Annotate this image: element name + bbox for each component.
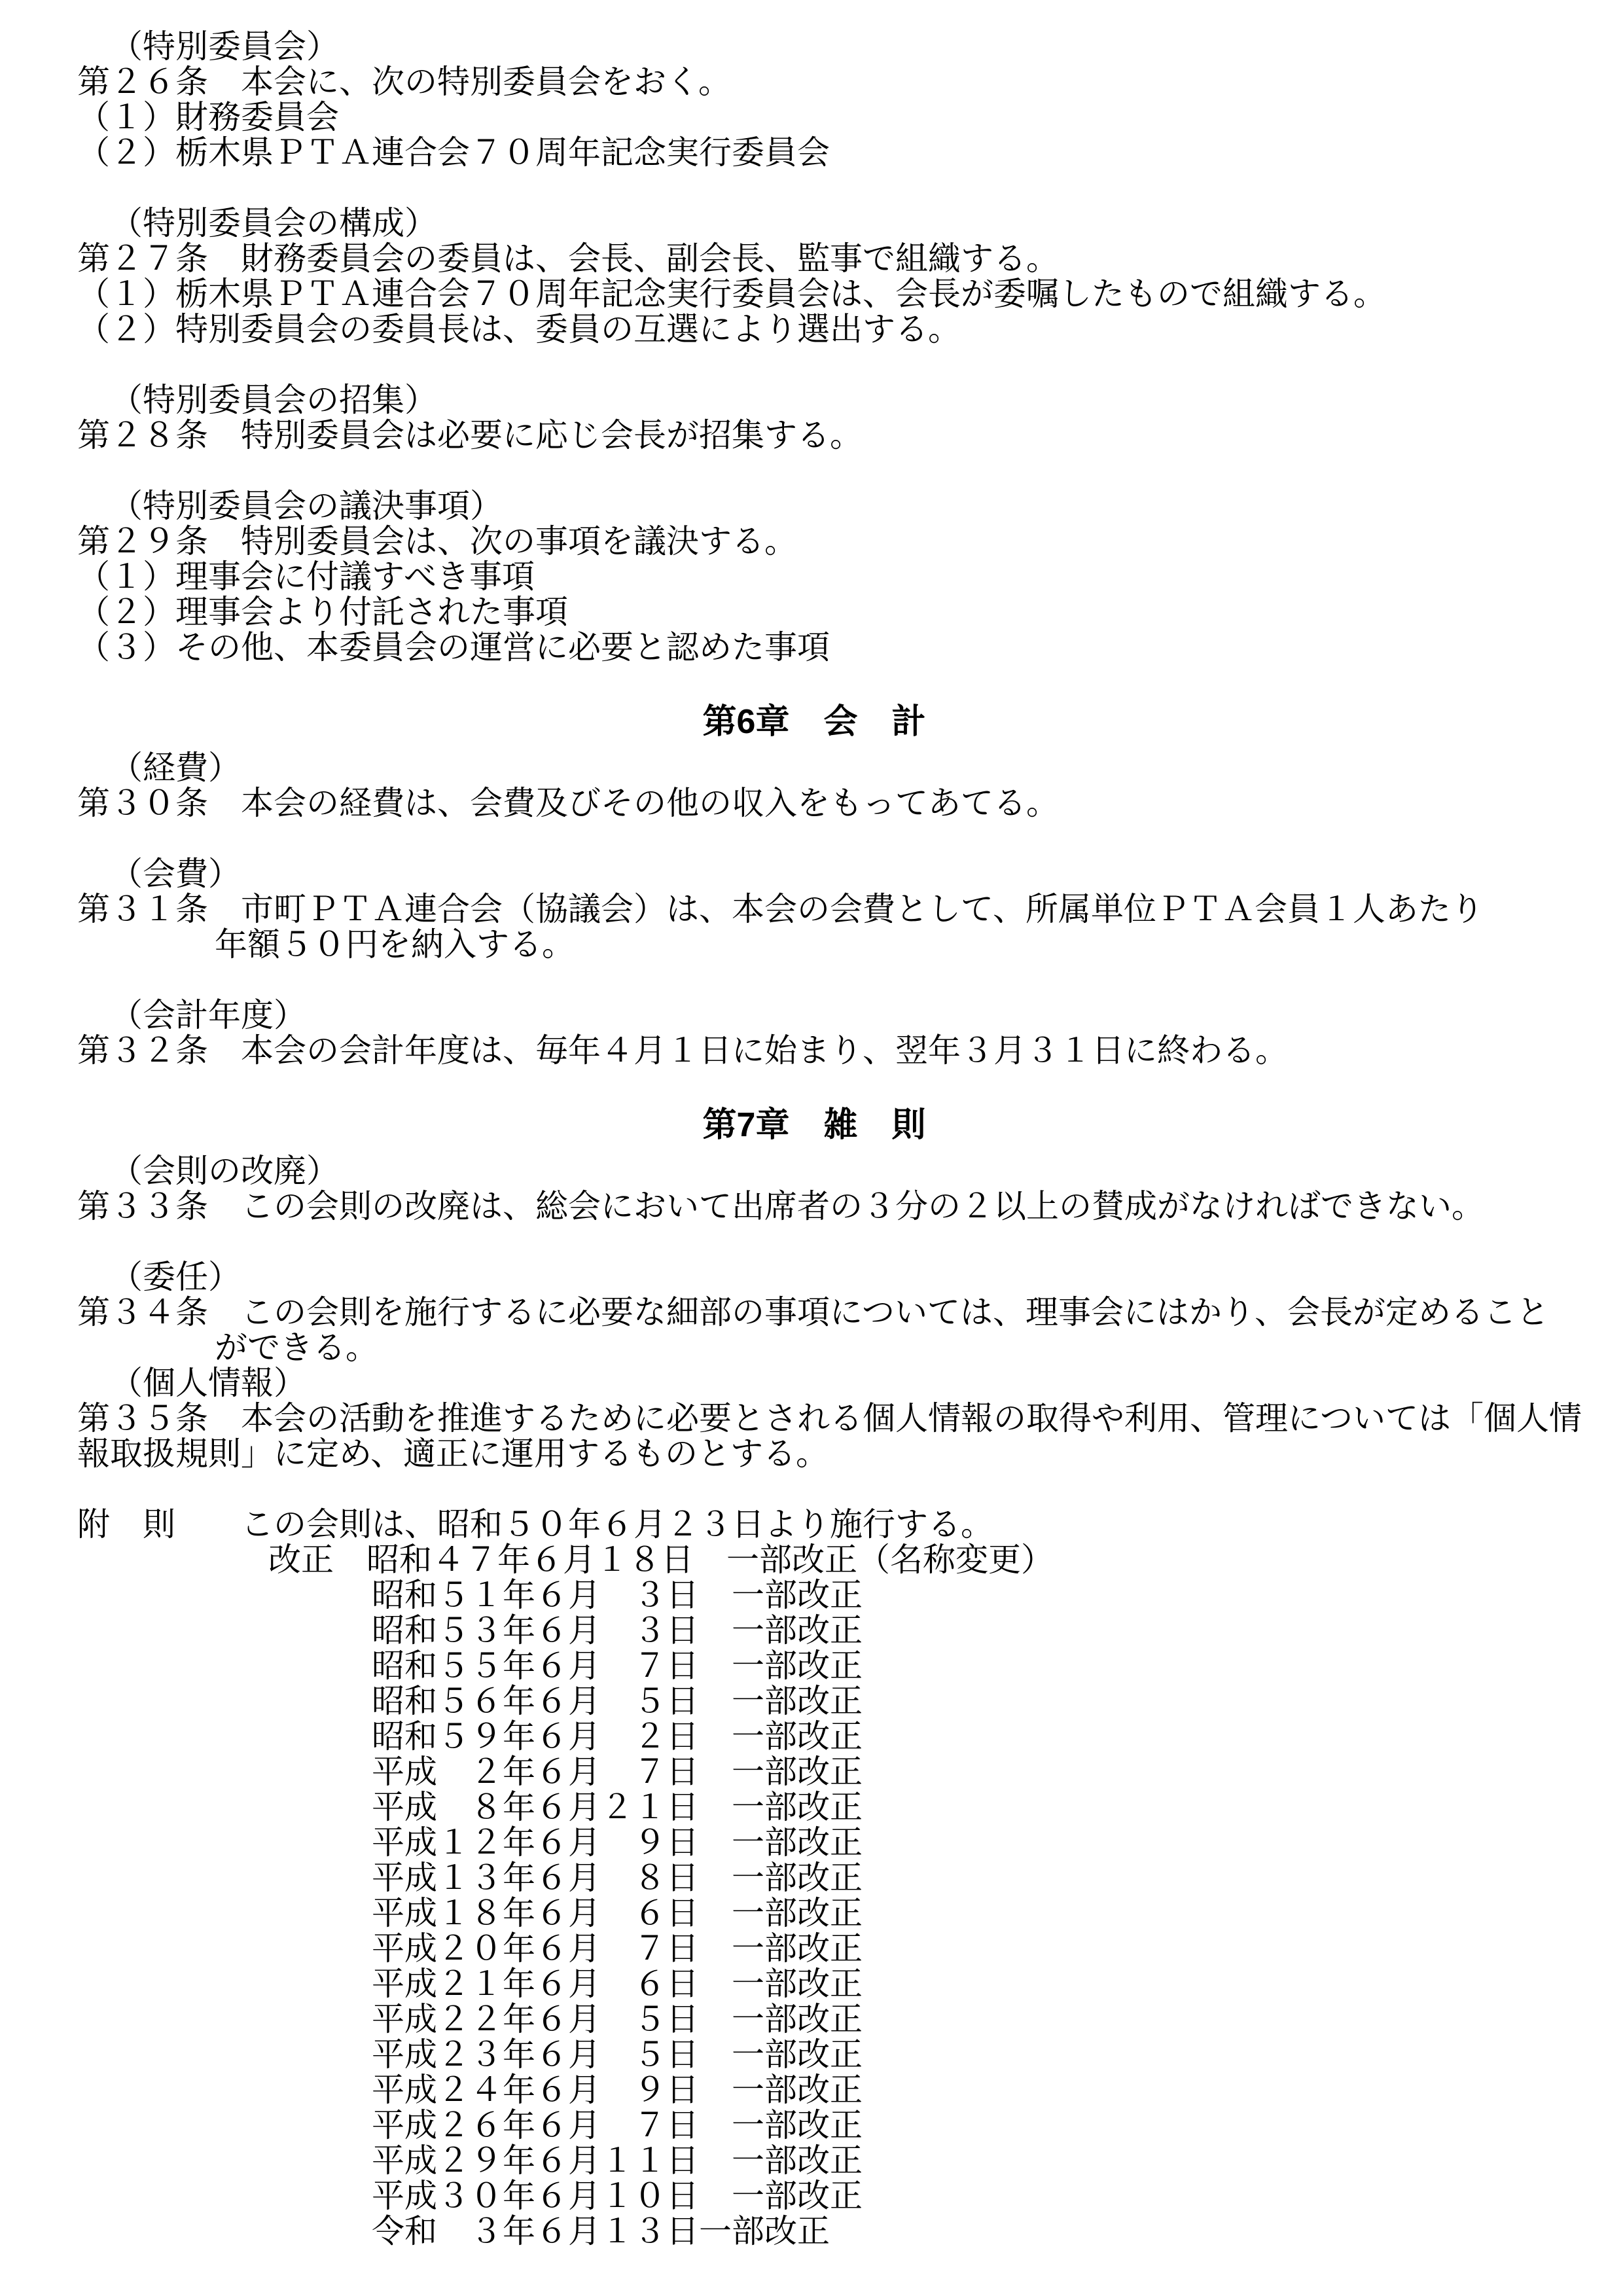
- article-line: 第２６条 本会に、次の特別委員会をおく。: [77, 64, 1551, 99]
- continuation-line: 年額５０円を納入する。: [77, 927, 1551, 962]
- section-label: （特別委員会）: [77, 29, 1551, 64]
- amendment-line: 平成２４年６月 ９日 一部改正: [77, 2072, 1551, 2108]
- section-label: （特別委員会の議決事項）: [77, 488, 1551, 524]
- amendment-line: 平成２９年６月１１日 一部改正: [77, 2143, 1551, 2178]
- article-line: 第２９条 特別委員会は、次の事項を議決する。: [77, 524, 1551, 559]
- section-label: （特別委員会の招集）: [77, 382, 1551, 418]
- amendment-line: 平成１２年６月 ９日 一部改正: [77, 1825, 1551, 1860]
- amendment-line: 昭和５９年６月 ２日 一部改正: [77, 1719, 1551, 1754]
- section-label: （個人情報）: [77, 1365, 1551, 1401]
- section-label: （会計年度）: [77, 997, 1551, 1033]
- article-line: 第２７条 財務委員会の委員は、会長、副会長、監事で組織する。: [77, 241, 1551, 276]
- article-line: 第３１条 市町ＰＴＡ連合会（協議会）は、本会の会費として、所属単位ＰＴＡ会員１人…: [77, 891, 1551, 927]
- item-line: （２）栃木県ＰＴＡ連合会７０周年記念実行委員会: [77, 135, 1551, 170]
- item-line: （１）財務委員会: [77, 99, 1551, 135]
- amendment-line: 昭和５６年６月 ５日 一部改正: [77, 1683, 1551, 1719]
- blank-line: [77, 1224, 1551, 1259]
- section-label: （経費）: [77, 750, 1551, 785]
- item-line: （３）その他、本委員会の運営に必要と認めた事項: [77, 630, 1551, 665]
- article-line: 第３５条 本会の活動を推進するために必要とされる個人情報の取得や利用、管理につい…: [77, 1401, 1551, 1436]
- section-label: （委任）: [77, 1259, 1551, 1295]
- amendment-line: 平成３０年６月１０日 一部改正: [77, 2178, 1551, 2214]
- blank-line: [77, 1471, 1551, 1507]
- blank-line: [77, 453, 1551, 488]
- chapter-heading: 第6章 会 計: [77, 704, 1551, 740]
- amendment-line: 平成２２年６月 ５日 一部改正: [77, 2001, 1551, 2037]
- article-line: 第３０条 本会の経費は、会費及びその他の収入をもってあてる。: [77, 785, 1551, 821]
- document-page: （特別委員会）第２６条 本会に、次の特別委員会をおく。（１）財務委員会（２）栃木…: [0, 0, 1623, 2296]
- amendment-line: 平成 ２年６月 ７日 一部改正: [77, 1754, 1551, 1789]
- amendment-line: 昭和５１年６月 ３日 一部改正: [77, 1577, 1551, 1613]
- amendment-line: 平成２０年６月 ７日 一部改正: [77, 1931, 1551, 1966]
- amendment-line: 平成１３年６月 ８日 一部改正: [77, 1860, 1551, 1895]
- chapter-heading: 第7章 雑 則: [77, 1107, 1551, 1143]
- blank-line: [77, 170, 1551, 206]
- blank-line: [77, 347, 1551, 382]
- section-label: （会費）: [77, 856, 1551, 891]
- amendment-first-line: 改正 昭和４７年６月１８日 一部改正（名称変更）: [77, 1542, 1551, 1577]
- item-line: （２）特別委員会の委員長は、委員の互選により選出する。: [77, 312, 1551, 347]
- section-label: （会則の改廃）: [77, 1153, 1551, 1189]
- item-line: （１）栃木県ＰＴＡ連合会７０周年記念実行委員会は、会長が委嘱したもので組織する。: [77, 276, 1551, 312]
- document-body: （特別委員会）第２６条 本会に、次の特別委員会をおく。（１）財務委員会（２）栃木…: [77, 29, 1551, 2249]
- article-line: 第３４条 この会則を施行するに必要な細部の事項については、理事会にはかり、会長が…: [77, 1295, 1551, 1330]
- article-line: 第２８条 特別委員会は必要に応じ会長が招集する。: [77, 418, 1551, 453]
- blank-line: [77, 962, 1551, 997]
- amendment-line: 令和 ３年６月１３日一部改正: [77, 2214, 1551, 2249]
- article-wrap-line: 報取扱規則」に定め、適正に運用するものとする。: [77, 1436, 1551, 1471]
- blank-line: [77, 821, 1551, 856]
- continuation-line: ができる。: [77, 1330, 1551, 1365]
- amendment-line: 平成２１年６月 ６日 一部改正: [77, 1966, 1551, 2001]
- section-label: （特別委員会の構成）: [77, 206, 1551, 241]
- article-line: 第３２条 本会の会計年度は、毎年４月１日に始まり、翌年３月３１日に終わる。: [77, 1033, 1551, 1068]
- amendment-line: 平成２６年６月 ７日 一部改正: [77, 2108, 1551, 2143]
- item-line: （１）理事会に付議すべき事項: [77, 559, 1551, 594]
- amendment-line: 平成１８年６月 ６日 一部改正: [77, 1895, 1551, 1931]
- amendment-line: 昭和５３年６月 ３日 一部改正: [77, 1613, 1551, 1648]
- supplementary-provision-line: 附 則 この会則は、昭和５０年６月２３日より施行する。: [77, 1507, 1551, 1542]
- amendment-line: 昭和５５年６月 ７日 一部改正: [77, 1648, 1551, 1683]
- article-line: 第３３条 この会則の改廃は、総会において出席者の３分の２以上の賛成がなければでき…: [77, 1189, 1551, 1224]
- amendment-line: 平成 ８年６月２１日 一部改正: [77, 1789, 1551, 1825]
- item-line: （２）理事会より付託された事項: [77, 594, 1551, 630]
- amendment-line: 平成２３年６月 ５日 一部改正: [77, 2037, 1551, 2072]
